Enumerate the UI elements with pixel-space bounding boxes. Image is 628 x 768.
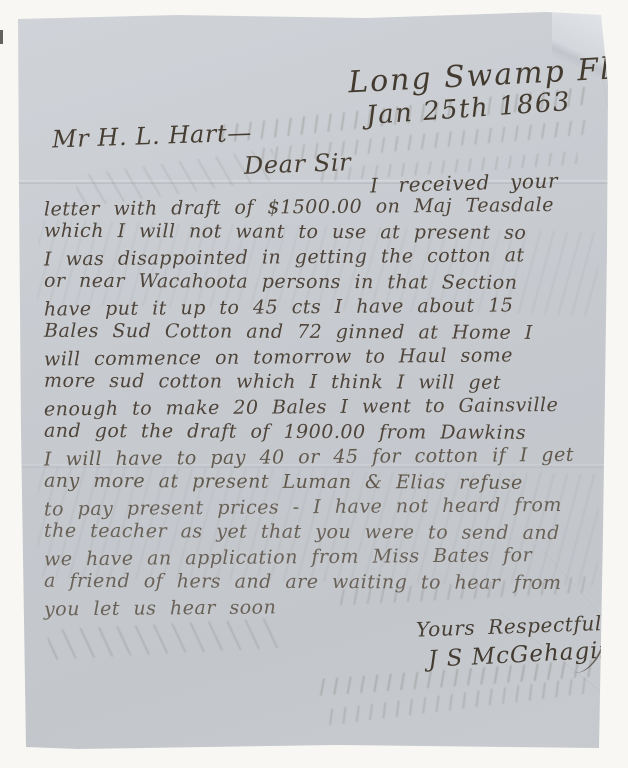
body-line: any more at present Luman & Elias refuse: [44, 470, 606, 497]
body-line: to pay present prices - I have not heard…: [44, 494, 606, 524]
body-line: more sud cotton which I think I will get: [44, 370, 606, 397]
letter-paper: Long Swamp Fla Jan 25th 1863 Mr H. L. Ha…: [18, 12, 608, 750]
salutation: Dear Sir: [244, 148, 352, 180]
body-line: Bales Sud Cotton and 72 ginned at Home I: [44, 320, 606, 347]
body-line: letter with draft of $1500.00 on Maj Tea…: [44, 194, 606, 224]
body-line: enough to make 20 Bales I went to Gainsv…: [44, 394, 606, 424]
letter-body: letter with draft of $1500.00 on Maj Tea…: [44, 196, 606, 621]
photo-edge-mark: [0, 30, 3, 44]
recipient-line: Mr H. L. Hart—: [52, 119, 253, 154]
ink-bleed-mark: [47, 618, 278, 660]
letter-photo: Long Swamp Fla Jan 25th 1863 Mr H. L. Ha…: [0, 0, 628, 768]
body-line: we have an application from Miss Bates f…: [44, 544, 606, 574]
body-line: and got the draft of 1900.00 from Dawkin…: [44, 420, 606, 447]
ink-bleed-mark: [326, 677, 594, 726]
body-line: or near Wacahoota persons in that Sectio…: [44, 270, 606, 297]
body-line: have put it up to 45 cts I have about 15: [44, 294, 606, 324]
body-line: a friend of hers and are waiting to hear…: [44, 570, 606, 597]
body-line: I was disappointed in getting the cotton…: [44, 244, 606, 274]
body-line: I will have to pay 40 or 45 for cotton i…: [44, 444, 606, 474]
body-line: the teacher as yet that you were to send…: [44, 520, 606, 547]
body-line: which I will not want to use at present …: [44, 220, 606, 247]
body-line: will commence on tomorrow to Haul some: [44, 344, 606, 374]
opening-line: I received your: [370, 169, 559, 198]
